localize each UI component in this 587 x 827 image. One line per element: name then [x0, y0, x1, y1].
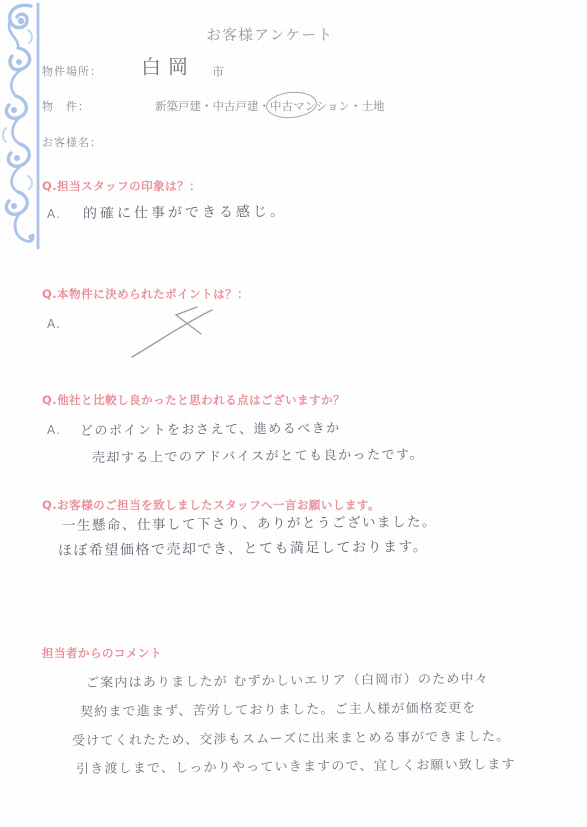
staff-comment-line-2: 契約まで進まず、苦労しておりました。ご主人様が価格変更を — [80, 697, 477, 720]
answer-4-handwritten-line-2: ほぼ希望価格で売却でき、とても満足しております。 — [58, 536, 429, 560]
answer-2-prefix: A. — [47, 317, 61, 331]
staff-comment-line-4: 引き渡しまで、しっかりやっていきますので、宜しくお願い致します — [76, 753, 516, 777]
property-label: 物 件： — [42, 98, 90, 114]
answer-3-handwritten-line-1: どのポイントをおさえて、進めるべきか — [80, 417, 341, 439]
survey-scan-page: お客様アンケート 物件場所： 白岡 市 物 件： 新築戸建・中古戸建・中古マンシ… — [0, 0, 587, 827]
page-title: お客様アンケート — [0, 24, 540, 45]
customer-name-label: お客様名： — [42, 134, 102, 150]
staff-comment-label: 担当者からのコメント — [42, 645, 162, 661]
staff-comment-line-3: 受けてくれたため、交渉もスムーズに出来まとめる事ができました。 — [72, 725, 511, 749]
handwritten-arrow-annotation — [125, 300, 220, 364]
handwritten-circle-annotation — [265, 90, 318, 120]
location-label: 物件場所： — [42, 63, 102, 79]
staff-comment-line-1: ご案内はありましたが むずかしいエリア（白岡市）のため中々 — [86, 668, 489, 691]
answer-3-prefix: A. — [47, 423, 61, 437]
location-suffix-label: 市 — [212, 63, 225, 80]
answer-1-handwritten-line: 的確に仕事ができる感じ。 — [83, 201, 287, 223]
location-handwritten-value: 白岡 — [141, 50, 195, 80]
question-3-label: Q.他社と比較し良かったと思われる点はございますか？ — [42, 392, 345, 408]
question-1-label: Q.担当スタッフの印象は？： — [42, 178, 201, 194]
answer-1-prefix: A. — [47, 207, 61, 221]
answer-4-handwritten-line-1: 一生懸命、仕事して下さり、ありがとうございました。 — [62, 510, 437, 534]
answer-3-handwritten-line-2: 売却する上でのアドバイスがとても良かったです。 — [92, 444, 424, 466]
